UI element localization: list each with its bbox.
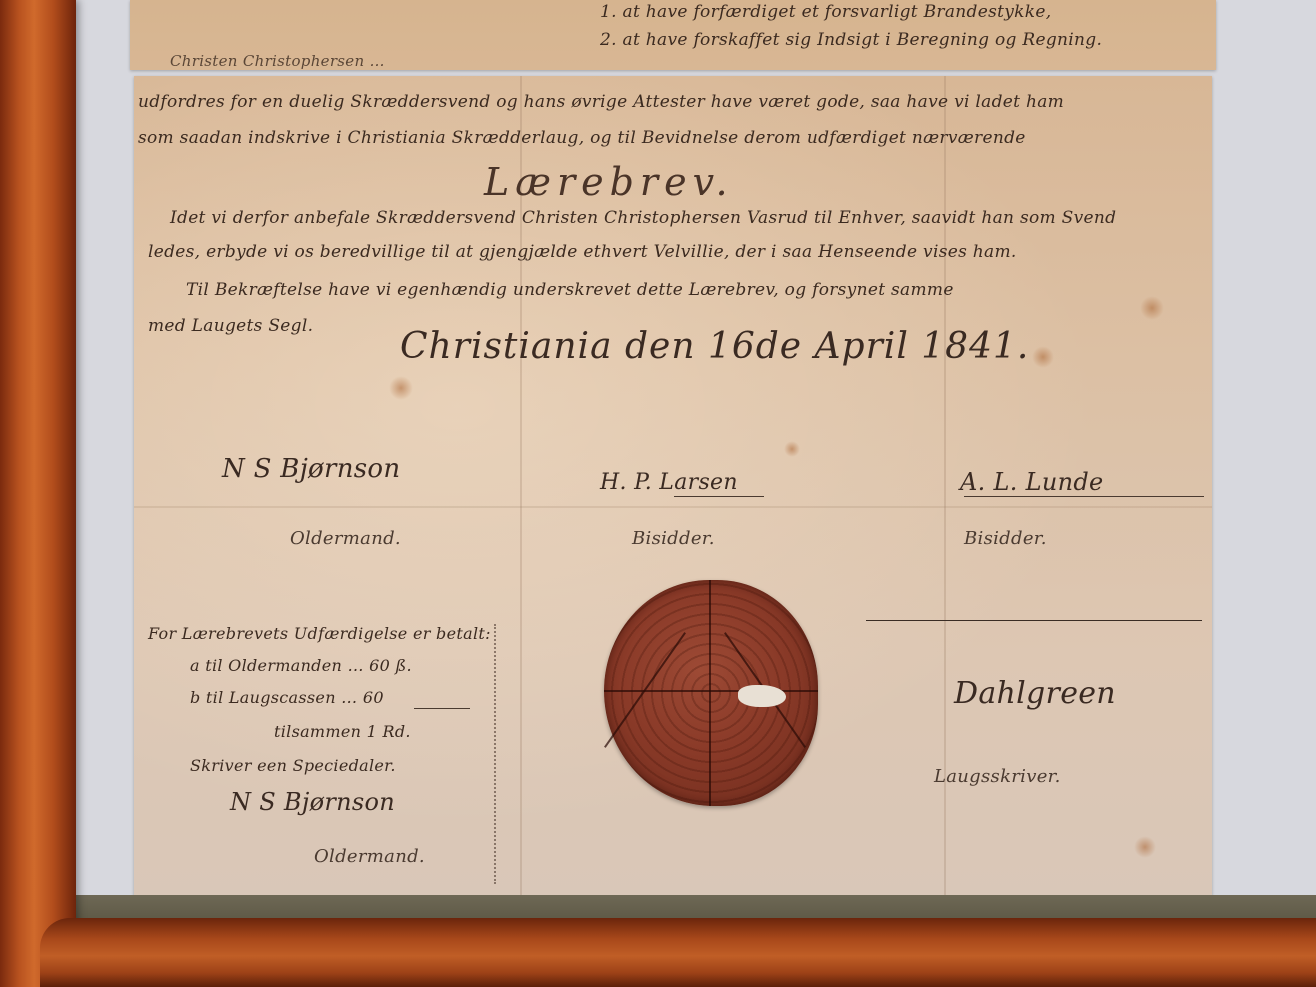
fee-role: Oldermand.	[314, 846, 425, 867]
document-top-fragment: 1. at have forfærdiget et forsvarligt Br…	[130, 0, 1216, 70]
wooden-frame-bottom	[40, 918, 1316, 987]
document-title: Lærebrev.	[484, 160, 734, 204]
date-line: Christiania den 16de April 1841.	[400, 326, 1029, 367]
fold-line	[134, 506, 1212, 508]
paragraph-2-line-1: Til Bekræftelse have vi egenhændig under…	[186, 280, 954, 300]
foxing-stain	[1134, 836, 1156, 858]
fee-line-2: a til Oldermanden … 60 ß.	[190, 656, 412, 675]
wavy-border	[484, 624, 496, 884]
clerk-rule	[866, 620, 1202, 621]
foxing-stain	[1032, 346, 1054, 368]
signature-bisidder-2: A. L. Lunde	[960, 468, 1104, 496]
signature-underline	[674, 496, 764, 497]
foxing-stain	[784, 441, 800, 457]
clerk-signature: Dahlgreen	[954, 676, 1116, 711]
clerk-role: Laugsskriver.	[934, 766, 1061, 787]
paragraph-2-line-2: med Laugets Segl.	[148, 316, 313, 336]
seal-missing-piece	[738, 685, 786, 707]
fragment-line-2: 2. at have forskaffet sig Indsigt i Bere…	[600, 30, 1102, 50]
fragment-line-3: Christen Christophersen …	[170, 52, 385, 70]
role-oldermand: Oldermand.	[290, 528, 401, 549]
foxing-stain	[1140, 296, 1164, 320]
wax-seal	[604, 580, 818, 806]
role-bisidder-2: Bisidder.	[964, 528, 1047, 549]
fee-line-3: b til Laugscassen … 60	[190, 688, 384, 707]
paragraph-1-line-2: ledes, erbyde vi os beredvillige til at …	[148, 242, 1017, 262]
role-bisidder-1: Bisidder.	[632, 528, 715, 549]
intro-line-2: som saadan indskrive i Christiania Skræd…	[138, 128, 1026, 148]
fee-signature: N S Bjørnson	[230, 788, 395, 816]
fragment-line-1: 1. at have forfærdiget et forsvarligt Br…	[600, 2, 1051, 22]
signature-bisidder-1: H. P. Larsen	[600, 470, 738, 495]
seal-crack	[709, 580, 711, 806]
fee-line-1: For Lærebrevets Udfærdigelse er betalt:	[148, 624, 491, 643]
wooden-frame-left	[0, 0, 76, 987]
intro-line-1: udfordres for en duelig Skræddersvend og…	[138, 92, 1064, 112]
seal-crack	[604, 690, 818, 692]
fee-line-5: Skriver een Speciedaler.	[190, 756, 396, 775]
fee-underline	[414, 708, 470, 709]
foxing-stain	[389, 376, 413, 400]
paragraph-1-line-1: Idet vi derfor anbefale Skræddersvend Ch…	[170, 208, 1116, 228]
signature-oldermand: N S Bjørnson	[222, 454, 400, 484]
fee-line-4: tilsammen 1 Rd.	[274, 722, 411, 741]
signature-underline	[964, 496, 1204, 497]
